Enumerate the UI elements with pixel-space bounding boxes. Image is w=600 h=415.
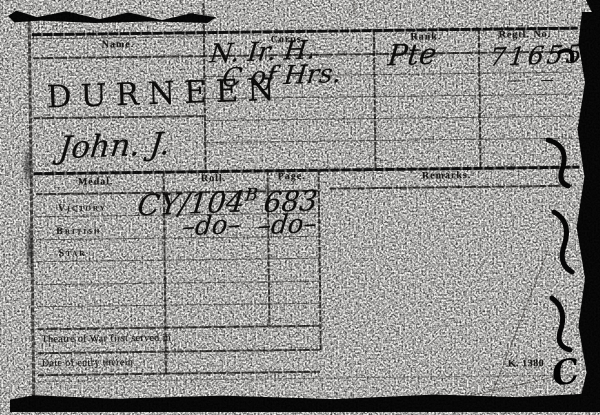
scan-smudge: [24, 218, 35, 278]
medal-table-header-roll: Roll.: [164, 172, 264, 184]
grid-line: [37, 303, 319, 307]
pen-squiggle-marks: [530, 40, 600, 400]
grid-line: [38, 371, 320, 376]
column-header-name: Name.: [34, 38, 202, 51]
medal-table-header-medal: Medal.: [36, 176, 156, 188]
medal-table-header-page: Page.: [266, 171, 318, 183]
card-sheet: Name. Corps. Rank. Regtl. No. Medal. Rol…: [0, 0, 600, 415]
rank-entry: Pte: [386, 37, 438, 73]
medal-row-label-star: Star: [58, 248, 86, 259]
scanned-medal-index-card: Name. Corps. Rank. Regtl. No. Medal. Rol…: [0, 0, 600, 415]
page-entry-british-ditto: –do–: [257, 209, 319, 241]
grid-line: [37, 325, 319, 330]
pen-annotation-c: C: [549, 354, 582, 392]
grid-line: [34, 115, 204, 119]
medal-row-label-victory: Victory: [58, 202, 107, 214]
column-divider-page-remarks: [318, 170, 322, 351]
grid-line: [37, 281, 319, 285]
date-of-entry-label: Date of entry therein: [42, 357, 134, 369]
roll-value-suffix: B: [244, 185, 259, 206]
grid-line: [38, 375, 574, 383]
grid-line: [204, 138, 572, 143]
forenames-entry: John. J.: [57, 126, 172, 166]
column-divider-corps-rank: [373, 30, 377, 169]
grid-line: [38, 349, 320, 354]
medal-row-label-british: British: [56, 225, 101, 237]
card-left-edge: [28, 20, 36, 402]
column-divider-rank-regtl: [478, 29, 482, 168]
column-header-regtl-no: Regtl. No.: [479, 29, 571, 41]
roll-entry-british-ditto: –do–: [181, 210, 243, 242]
scan-scratch: [516, 1, 522, 3]
theatre-of-war-label: Theatre of War first served in: [42, 333, 172, 346]
scan-scratch: [353, 1, 355, 15]
grid-line: [204, 116, 572, 121]
corps-entry-line2: C of Hrs.: [221, 59, 343, 94]
